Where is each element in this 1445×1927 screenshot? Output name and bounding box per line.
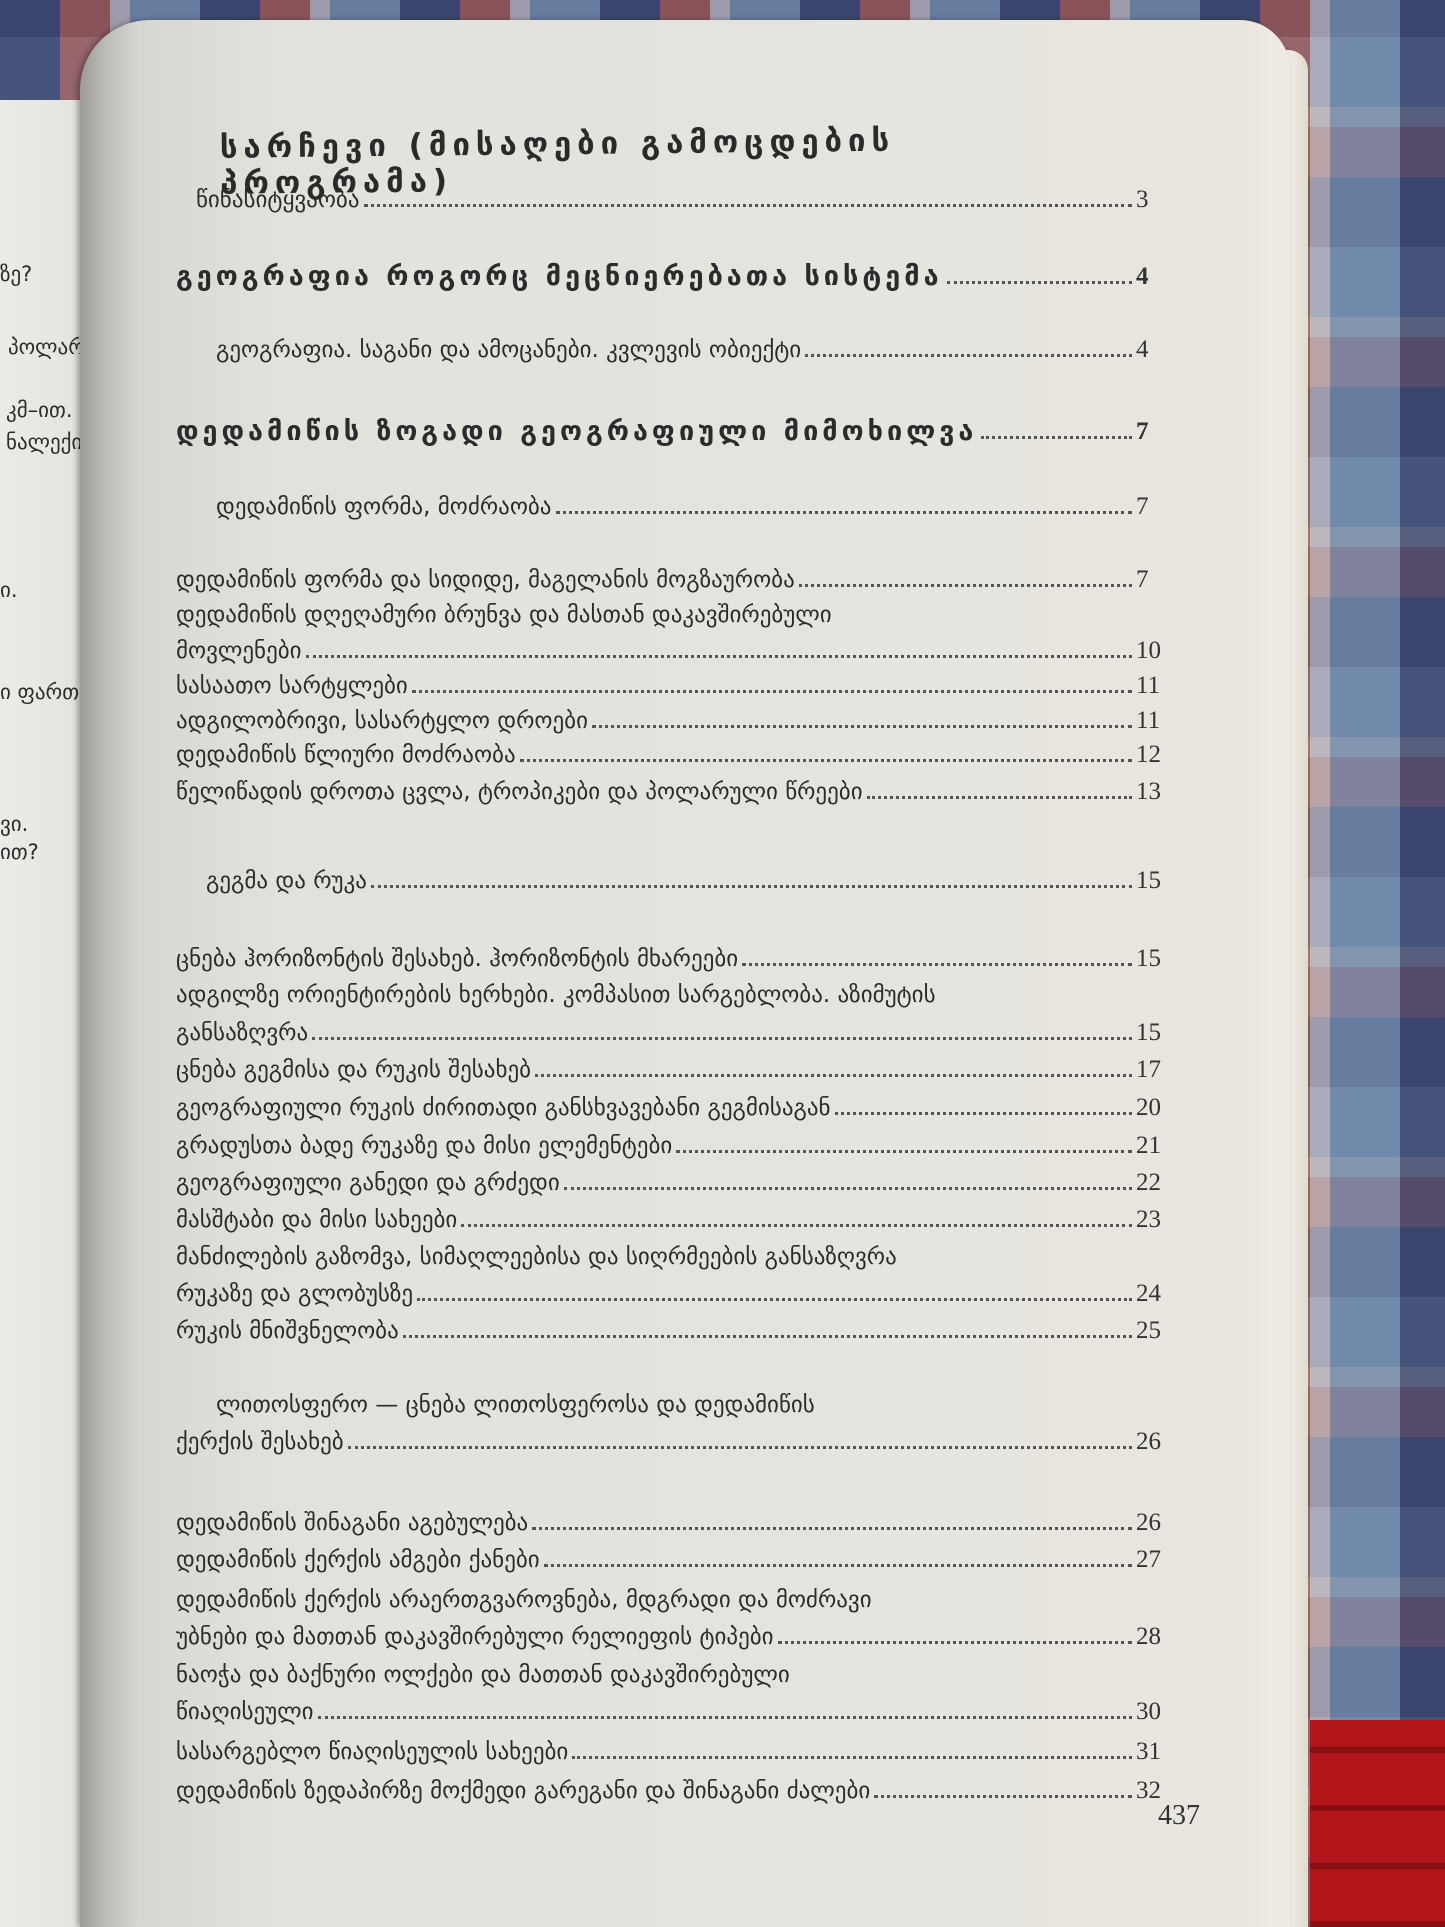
dot-leader	[799, 584, 1132, 587]
toc-entry: მოვლენები10	[176, 636, 1176, 666]
dot-leader	[556, 511, 1133, 514]
toc-entry-label: სასაათო სარტყლები	[176, 671, 408, 701]
toc-entry-page: 11	[1136, 671, 1176, 701]
toc-entry-page: 7	[1136, 565, 1176, 595]
dot-leader	[520, 759, 1132, 762]
toc-entry-label: გეოგრაფია. საგანი და ამოცანები. კვლევის …	[216, 335, 801, 365]
toc-entry-label: სასარგებლო წიაღისეულის სახეები	[176, 1737, 568, 1767]
toc-entry-page: 7	[1136, 492, 1176, 522]
red-object-background	[1310, 1720, 1445, 1927]
toc-entry: გრადუსთა ბადე რუკაზე და მისი ელემენტები2…	[176, 1131, 1176, 1161]
toc-entry-page: 25	[1136, 1316, 1176, 1346]
toc-entry-page: 3	[1136, 185, 1176, 215]
toc-entry-label: დედამიწის ზედაპირზე მოქმედი გარეგანი და …	[176, 1776, 870, 1806]
toc-entry-page: 24	[1136, 1279, 1176, 1309]
toc-entry-label: ადგილობრივი, სასარტყლო დროები	[176, 706, 588, 736]
toc-entry-label: დედამიწის ქერქის ამგები ქანები	[176, 1545, 540, 1575]
left-page-fragment: ით?	[0, 840, 39, 864]
dot-leader	[947, 281, 1132, 284]
toc-entry: ადგილობრივი, სასარტყლო დროები11	[176, 706, 1176, 736]
dot-leader	[805, 354, 1132, 357]
dot-leader	[544, 1564, 1132, 1567]
toc-entry: ცნება ჰორიზონტის შესახებ. ჰორიზონტის მხა…	[176, 944, 1176, 974]
left-page-fragment: პოლარ	[8, 335, 85, 359]
dot-leader	[318, 1716, 1132, 1719]
toc-entry: მანძილების გაზომვა, სიმაღლეებისა და სიღრ…	[176, 1242, 1176, 1272]
toc-entry: წელიწადის დროთა ცვლა, ტროპიკები და პოლარ…	[176, 777, 1176, 807]
toc-entry: დედამიწის შინაგანი აგებულება26	[176, 1508, 1176, 1538]
toc-entry-page: 23	[1136, 1205, 1176, 1235]
toc-entry: გეოგრაფიული რუკის ძირითადი განსხვავებანი…	[176, 1093, 1176, 1123]
toc-entry-page: 28	[1136, 1622, 1176, 1652]
toc-entry: უბნები და მათთან დაკავშირებული რელიეფის …	[176, 1622, 1176, 1652]
dot-leader	[461, 1224, 1132, 1227]
toc-entry: წიაღისეული30	[176, 1697, 1176, 1727]
dot-leader	[348, 1446, 1132, 1449]
toc-entry-label: მასშტაბი და მისი სახეები	[176, 1205, 457, 1235]
toc-entry-label: რუკის მნიშვნელობა	[176, 1316, 399, 1346]
book-page: სარჩევი (მისაღები გამოცდების პროგრამა) წ…	[80, 20, 1290, 1927]
toc-entry: სასარგებლო წიაღისეულის სახეები31	[176, 1737, 1176, 1767]
dot-leader	[874, 1795, 1132, 1798]
dot-leader	[306, 655, 1132, 658]
toc-entry: ქერქის შესახებ26	[176, 1427, 1176, 1457]
toc-entry-page: 30	[1136, 1697, 1176, 1727]
toc-entry-label: ლითოსფერო — ცნება ლითოსფეროსა და დედამიწ…	[216, 1390, 815, 1420]
dot-leader	[412, 690, 1132, 693]
toc-entry: გეოგრაფიული განედი და გრძედი22	[176, 1168, 1176, 1198]
toc-entry: გეოგრაფია როგორც მეცნიერებათა სისტემა4	[176, 262, 1176, 292]
toc-entry-label: გეგმა და რუკა	[206, 866, 367, 896]
left-page-fragment: ი.	[0, 578, 18, 602]
toc-entry-label: ცნება ჰორიზონტის შესახებ. ჰორიზონტის მხა…	[176, 944, 738, 974]
toc-entry-page: 26	[1136, 1427, 1176, 1457]
left-page-fragment: ზე?	[0, 262, 32, 286]
toc-entry-page: 17	[1136, 1055, 1176, 1085]
toc-entry-page: 15	[1136, 944, 1176, 974]
toc-entry: წინასიტყვაობა3	[176, 185, 1176, 215]
dot-leader	[417, 1298, 1132, 1301]
left-page-fragment: ვი.	[0, 812, 28, 836]
toc-entry-page: 26	[1136, 1508, 1176, 1538]
toc-entry-page: 11	[1136, 706, 1176, 736]
toc-entry: ადგილზე ორიენტირების ხერხები. კომპასით ს…	[176, 980, 1176, 1010]
toc-entry: განსაზღვრა15	[176, 1018, 1176, 1048]
toc-entry-label: დედამიწის დღეღამური ბრუნვა და მასთან დაკ…	[176, 600, 832, 630]
toc-entry-label: დედამიწის ქერქის არაერთგვაროვნება, მდგრა…	[176, 1585, 872, 1615]
toc-entry-label: დედამიწის წლიური მოძრაობა	[176, 740, 516, 770]
toc-entry-label: გეოგრაფიული რუკის ძირითადი განსხვავებანი…	[176, 1093, 831, 1123]
toc-entry: ლითოსფერო — ცნება ლითოსფეროსა და დედამიწ…	[176, 1390, 1176, 1420]
toc-entry-page: 12	[1136, 740, 1176, 770]
toc-entry-page: 27	[1136, 1545, 1176, 1575]
toc-entry: დედამიწის ფორმა და სიდიდე, მაგელანის მოგ…	[176, 565, 1176, 595]
toc-entry-label: განსაზღვრა	[176, 1018, 308, 1048]
toc-entry-label: დედამიწის ზოგადი გეოგრაფიული მიმოხილვა	[176, 417, 977, 447]
dot-leader	[572, 1756, 1132, 1759]
toc-entry-label: დედამიწის ფორმა, მოძრაობა	[216, 492, 552, 522]
dot-leader	[592, 725, 1132, 728]
toc-entry-label: რუკაზე და გლობუსზე	[176, 1279, 413, 1309]
toc-entry-label: გეოგრაფიული განედი და გრძედი	[176, 1168, 560, 1198]
toc-entry-page: 31	[1136, 1737, 1176, 1767]
dot-leader	[403, 1335, 1132, 1338]
toc-entry-label: ადგილზე ორიენტირების ხერხები. კომპასით ს…	[176, 980, 936, 1010]
toc-entry-label: ქერქის შესახებ	[176, 1427, 344, 1457]
toc-entry-label: ნაოჭა და ბაქნური ოლქები და მათთან დაკავშ…	[176, 1660, 790, 1690]
toc-entry-label: წინასიტყვაობა	[196, 185, 360, 215]
toc-entry: გეოგრაფია. საგანი და ამოცანები. კვლევის …	[176, 335, 1176, 365]
toc-entry: დედამიწის ქერქის არაერთგვაროვნება, მდგრა…	[176, 1585, 1176, 1615]
toc-entry-label: მანძილების გაზომვა, სიმაღლეებისა და სიღრ…	[176, 1242, 897, 1272]
toc-entry: ცნება გეგმისა და რუკის შესახებ17	[176, 1055, 1176, 1085]
toc-entry-label: გეოგრაფია როგორც მეცნიერებათა სისტემა	[176, 262, 943, 292]
dot-leader	[364, 204, 1132, 207]
dot-leader	[535, 1074, 1132, 1077]
toc-entry-label: გრადუსთა ბადე რუკაზე და მისი ელემენტები	[176, 1131, 672, 1161]
toc-entry-label: მოვლენები	[176, 636, 302, 666]
toc-entry-page: 20	[1136, 1093, 1176, 1123]
toc-entry: გეგმა და რუკა15	[176, 866, 1176, 896]
toc-entry-page: 7	[1136, 417, 1176, 447]
page-number: 437	[1158, 1800, 1200, 1832]
toc-entry-page: 13	[1136, 777, 1176, 807]
dot-leader	[371, 885, 1132, 888]
toc-entry-page: 4	[1136, 335, 1176, 365]
toc-entry-page: 22	[1136, 1168, 1176, 1198]
toc-entry: მასშტაბი და მისი სახეები23	[176, 1205, 1176, 1235]
toc-entry: რუკის მნიშვნელობა25	[176, 1316, 1176, 1346]
toc-entry: რუკაზე და გლობუსზე24	[176, 1279, 1176, 1309]
toc-entry: დედამიწის ზედაპირზე მოქმედი გარეგანი და …	[176, 1776, 1176, 1806]
toc-entry: დედამიწის ფორმა, მოძრაობა7	[176, 492, 1176, 522]
toc-entry-label: ცნება გეგმისა და რუკის შესახებ	[176, 1055, 531, 1085]
toc-entry-label: წიაღისეული	[176, 1697, 314, 1727]
toc-entry: დედამიწის დღეღამური ბრუნვა და მასთან დაკ…	[176, 600, 1176, 630]
dot-leader	[312, 1037, 1132, 1040]
toc-entry: დედამიწის ზოგადი გეოგრაფიული მიმოხილვა7	[176, 417, 1176, 447]
dot-leader	[532, 1527, 1132, 1530]
toc-entry: დედამიწის წლიური მოძრაობა12	[176, 740, 1176, 770]
dot-leader	[564, 1187, 1132, 1190]
dot-leader	[742, 963, 1132, 966]
dot-leader	[835, 1112, 1132, 1115]
toc-entry: სასაათო სარტყლები11	[176, 671, 1176, 701]
toc-entry-label: უბნები და მათთან დაკავშირებული რელიეფის …	[176, 1622, 774, 1652]
toc-entry-label: წელიწადის დროთა ცვლა, ტროპიკები და პოლარ…	[176, 777, 863, 807]
dot-leader	[867, 796, 1132, 799]
toc-entry-page: 15	[1136, 866, 1176, 896]
toc-entry: ნაოჭა და ბაქნური ოლქები და მათთან დაკავშ…	[176, 1660, 1176, 1690]
dot-leader	[676, 1150, 1132, 1153]
dot-leader	[981, 436, 1132, 439]
toc-entry-label: დედამიწის შინაგანი აგებულება	[176, 1508, 528, 1538]
left-page-fragment: კმ–ით.	[6, 398, 73, 422]
toc-entry-page: 10	[1136, 636, 1176, 666]
toc-entry-page: 21	[1136, 1131, 1176, 1161]
toc-entry-page: 15	[1136, 1018, 1176, 1048]
toc-entry: დედამიწის ქერქის ამგები ქანები27	[176, 1545, 1176, 1575]
toc-entry-page: 4	[1136, 262, 1176, 292]
dot-leader	[778, 1641, 1132, 1644]
toc-entry-label: დედამიწის ფორმა და სიდიდე, მაგელანის მოგ…	[176, 565, 795, 595]
